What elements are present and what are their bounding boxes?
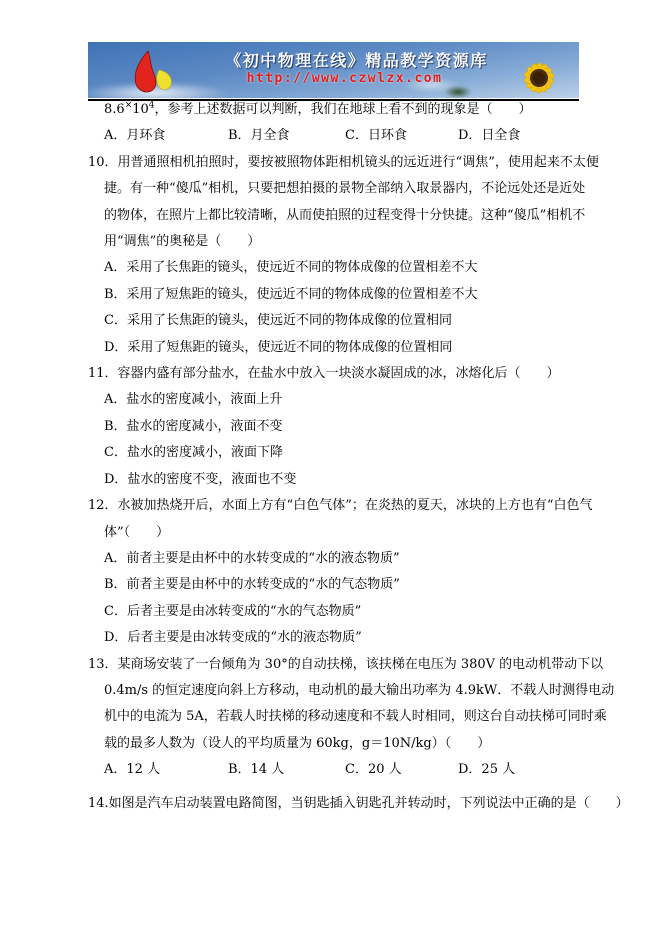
q12-stem-line-2: 体”（ ）: [88, 520, 580, 546]
q12-stem-line-1: 12．水被加热烧开后，水面上方有“白色气体”；在炎热的夏天，冰块的上方也有“白色…: [88, 493, 580, 519]
q14-stem: 14.如图是汽车启动装置电路简图，当钥匙插入钥匙孔并转动时，下列说法中正确的是（…: [88, 791, 580, 817]
site-banner: 《初中物理在线》精品教学资源库 http://www.czwlzx.com: [88, 42, 579, 98]
document-page: 《初中物理在线》精品教学资源库 http://www.czwlzx.com: [0, 0, 661, 935]
q10-stem-line-1: 10．用普通照相机拍照时，要按被照物体距相机镜头的远近进行“调焦”，使用起来不太…: [88, 150, 580, 176]
q10-option-d: D．采用了短焦距的镜头，使远近不同的物体成像的位置相同: [88, 335, 580, 361]
q11-stem: 11．容器内盛有部分盐水，在盐水中放入一块淡水凝固成的冰，冰熔化后（ ）: [88, 361, 580, 387]
q10-stem-line-2: 捷。有一种“傻瓜”相机，只要把想拍摄的景物全部纳入取景器内，不论远处还是近处: [88, 176, 580, 202]
q12-option-a: A．前者主要是由杯中的水转变成的“水的液态物质”: [88, 546, 580, 572]
q11-option-b: B．盐水的密度减小，液面不变: [88, 414, 580, 440]
q11-option-a: A．盐水的密度减小，液面上升: [88, 387, 580, 413]
q9-option-c: C．日环食: [345, 123, 458, 149]
q9-option-d: D．日全食: [458, 123, 580, 149]
q9-option-a: A．月环食: [104, 123, 228, 149]
q12-option-c: C．后者主要是由冰转变成的“水的气态物质”: [88, 599, 580, 625]
q13-stem-line-1: 13．某商场安装了一台倾角为 30°的自动扶梯，该扶梯在电压为 380V 的电动…: [88, 652, 580, 678]
q10-option-b: B．采用了短焦距的镜头，使远近不同的物体成像的位置相差不大: [88, 282, 580, 308]
site-logo-icon: [126, 50, 178, 96]
q12-option-b: B．前者主要是由杯中的水转变成的“水的气态物质”: [88, 572, 580, 598]
q10-option-c: C．采用了长焦距的镜头，使远近不同的物体成像的位置相同: [88, 308, 580, 334]
q10-stem-line-4: 用“调焦”的奥秘是（ ）: [88, 229, 580, 255]
q12-option-d: D．后者主要是由冰转变成的“水的液态物质”: [88, 625, 580, 651]
q10-stem-line-3: 的物体，在照片上都比较清晰，从而使拍照的过程变得十分快捷。这种“傻瓜”相机不: [88, 203, 580, 229]
q9-stem-base2: 10: [132, 102, 149, 117]
q9-options-row: A．月环食 B．月全食 C．日环食 D．日全食: [88, 123, 580, 149]
q9-stem-base1: 8.6: [104, 102, 125, 117]
banner-url: http://www.czwlzx.com: [200, 71, 489, 86]
q13-options-row: A．12 人 B．14 人 C．20 人 D．25 人: [88, 757, 580, 783]
q9-stem-rest: ，参考上述数据可以判断，我们在地球上看不到的现象是（ ）: [155, 102, 532, 117]
q13-stem-line-4: 载的最多人数为（设人的平均质量为 60kg，g＝10N/kg）（ ）: [88, 731, 580, 757]
q13-option-b: B．14 人: [228, 757, 345, 783]
q13-stem-line-2: 0.4m/s 的恒定速度向斜上方移动，电动机的最大输出功率为 4.9kW．不载人…: [88, 678, 580, 704]
q9-stem: 8.6×104，参考上述数据可以判断，我们在地球上看不到的现象是（ ）: [88, 97, 580, 123]
q13-option-d: D．25 人: [458, 757, 580, 783]
exam-body: 8.6×104，参考上述数据可以判断，我们在地球上看不到的现象是（ ） A．月环…: [88, 97, 580, 817]
q11-option-c: C．盐水的密度减小，液面下降: [88, 440, 580, 466]
q13-stem-line-3: 机中的电流为 5A，若载人时扶梯的移动速度和不载人时相同，则这台自动扶梯可同时乘: [88, 704, 580, 730]
banner-title: 《初中物理在线》精品教学资源库: [200, 48, 513, 71]
q11-option-d: D．盐水的密度不变，液面也不变: [88, 467, 580, 493]
sunflower-icon: [499, 48, 575, 98]
q10-option-a: A．采用了长焦距的镜头，使远近不同的物体成像的位置相差不大: [88, 255, 580, 281]
q9-option-b: B．月全食: [228, 123, 345, 149]
q13-option-a: A．12 人: [104, 757, 228, 783]
q13-option-c: C．20 人: [345, 757, 458, 783]
